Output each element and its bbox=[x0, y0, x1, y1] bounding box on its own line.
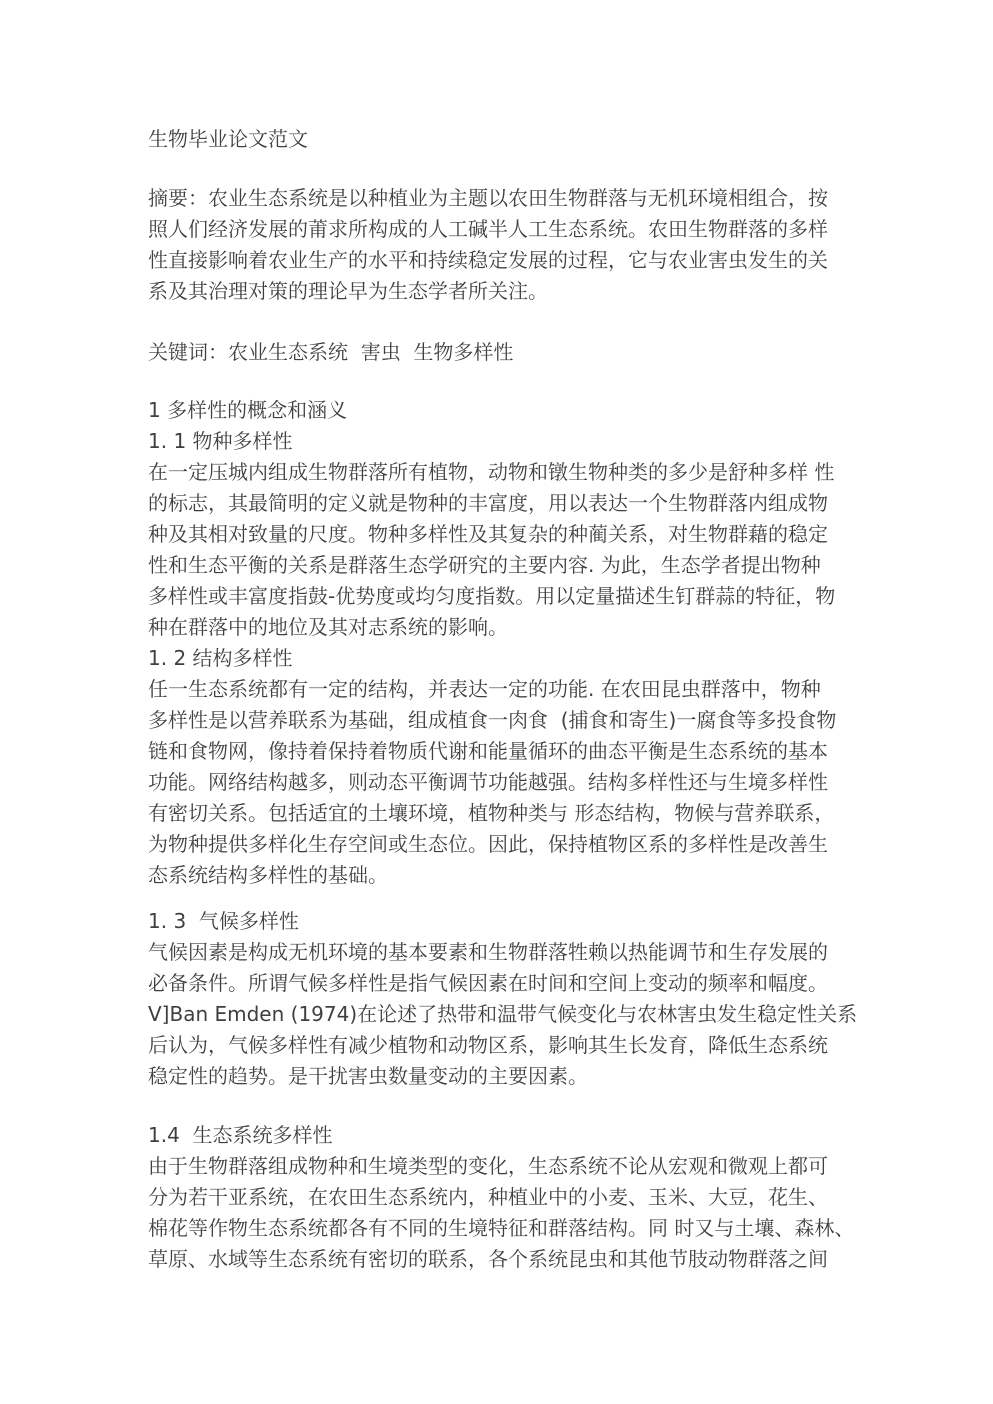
abstract-line: 摘要：农业生态系统是以种植业为主题以农田生物群落与无机环境相组合，按 bbox=[148, 183, 863, 214]
paragraph-line: 由于生物群落组成物种和生境类型的变化，生态系统不论从宏观和微观上都可 bbox=[148, 1151, 863, 1182]
abstract-line: 照人们经济发展的莆求所构成的人工碱半人工生态系统。农田生物群落的多样 bbox=[148, 214, 863, 245]
paragraph-line: 性和生态平衡的关系是群落生态学研究的主要内容. 为此，生态学者提出物种 bbox=[148, 550, 863, 581]
paragraph-line: 稳定性的趋势。是干扰害虫数量变动的主要因素。 bbox=[148, 1061, 863, 1092]
section-1-3: 1. 3 气候多样性 气候因素是构成无机环境的基本要素和生物群落牲赖以热能调节和… bbox=[148, 906, 863, 1092]
abstract-line: 性直接影响着农业生产的水平和持续稳定发展的过程，它与农业害虫发生的关 bbox=[148, 245, 863, 276]
paragraph-line: 种在群落中的地位及其对志系统的影响。 bbox=[148, 612, 863, 643]
keywords-block: 关键词：农业生态系统 害虫 生物多样性 bbox=[148, 337, 863, 368]
paragraph-line: 任一生态系统都有一定的结构，并表达一定的功能. 在农田昆虫群落中，物种 bbox=[148, 674, 863, 705]
document-page: 生物毕业论文范文 摘要：农业生态系统是以种植业为主题以农田生物群落与无机环境相组… bbox=[0, 0, 993, 1404]
paragraph-line: 后认为，气候多样性有减少植物和动物区系，影响其生长发育，降低生态系统 bbox=[148, 1030, 863, 1061]
paragraph-line: 必备条件。所谓气候多样性是指气候因素在时间和空间上变动的频率和幅度。 bbox=[148, 968, 863, 999]
paragraph-line: 种及其相对致量的尺度。物种多样性及其复杂的种蔺关系，对生物群藉的稳定 bbox=[148, 519, 863, 550]
paragraph-line: 多样性或丰富度指鼓-优势度或均匀度指数。用以定量描述生钉群蒜的特征，物 bbox=[148, 581, 863, 612]
paragraph-line: 在一定压城内组成生物群落所有植物，动物和镦生物种类的多少是舒种多样 性 bbox=[148, 457, 863, 488]
paragraph-line: V]Ban Emden (1974)在论述了热带和温带气候变化与农林害虫发生稳定… bbox=[148, 999, 863, 1030]
paragraph-line: 功能。网络结构越多，则动态平衡调节功能越强。结构多样性还与生境多样性 bbox=[148, 767, 863, 798]
paragraph-line: 为物种提供多样化生存空间或生态位。因此，保持植物区系的多样性是改善生 bbox=[148, 829, 863, 860]
abstract-line: 系及其治理对策的理论早为生态学者所关注。 bbox=[148, 276, 863, 307]
paragraph-line: 有密切关系。包括适宜的土壤环境，植物种类与 形态结构，物候与营养联系， bbox=[148, 798, 863, 829]
paragraph-line: 分为若干亚系统，在农田生态系统内，种植业中的小麦、玉米、大豆，花生、 bbox=[148, 1182, 863, 1213]
title-block: 生物毕业论文范文 bbox=[148, 124, 863, 155]
section-heading: 1. 3 气候多样性 bbox=[148, 906, 863, 937]
paragraph-line: 态系统结构多样性的基础。 bbox=[148, 860, 863, 891]
section-heading: 1. 2 结构多样性 bbox=[148, 643, 863, 674]
paragraph-line: 棉花等作物生态系统都各有不同的生境特征和群落结构。同 时又与土壤、森林、 bbox=[148, 1213, 863, 1244]
section-heading: 1.4 生态系统多样性 bbox=[148, 1120, 863, 1151]
page-title: 生物毕业论文范文 bbox=[148, 124, 863, 155]
paragraph-line: 链和食物网，像持着保持着物质代谢和能量循环的曲态平衡是生态系统的基本 bbox=[148, 736, 863, 767]
section-heading: 1. 1 物种多样性 bbox=[148, 426, 863, 457]
paragraph-line: 草原、水域等生态系统有密切的联系，各个系统昆虫和其他节肢动物群落之间 bbox=[148, 1244, 863, 1275]
section-1-1: 1. 1 物种多样性 在一定压城内组成生物群落所有植物，动物和镦生物种类的多少是… bbox=[148, 426, 863, 643]
section-1-2: 1. 2 结构多样性 任一生态系统都有一定的结构，并表达一定的功能. 在农田昆虫… bbox=[148, 643, 863, 891]
paragraph-line: 的标志，其最简明的定义就是物种的丰富度，用以表达一个生物群落内组成物 bbox=[148, 488, 863, 519]
section-1: 1 多样性的概念和涵义 bbox=[148, 395, 863, 426]
section-1-4: 1.4 生态系统多样性 由于生物群落组成物种和生境类型的变化，生态系统不论从宏观… bbox=[148, 1120, 863, 1275]
paragraph-line: 气候因素是构成无机环境的基本要素和生物群落牲赖以热能调节和生存发展的 bbox=[148, 937, 863, 968]
paragraph-line: 多样性是以营养联系为基础，组成植食一肉食 (捕食和寄生)一腐食等多投食物 bbox=[148, 705, 863, 736]
section-heading: 1 多样性的概念和涵义 bbox=[148, 395, 863, 426]
document-content: 生物毕业论文范文 摘要：农业生态系统是以种植业为主题以农田生物群落与无机环境相组… bbox=[148, 124, 863, 1275]
keywords-line: 关键词：农业生态系统 害虫 生物多样性 bbox=[148, 337, 863, 368]
abstract-paragraph: 摘要：农业生态系统是以种植业为主题以农田生物群落与无机环境相组合，按 照人们经济… bbox=[148, 183, 863, 307]
